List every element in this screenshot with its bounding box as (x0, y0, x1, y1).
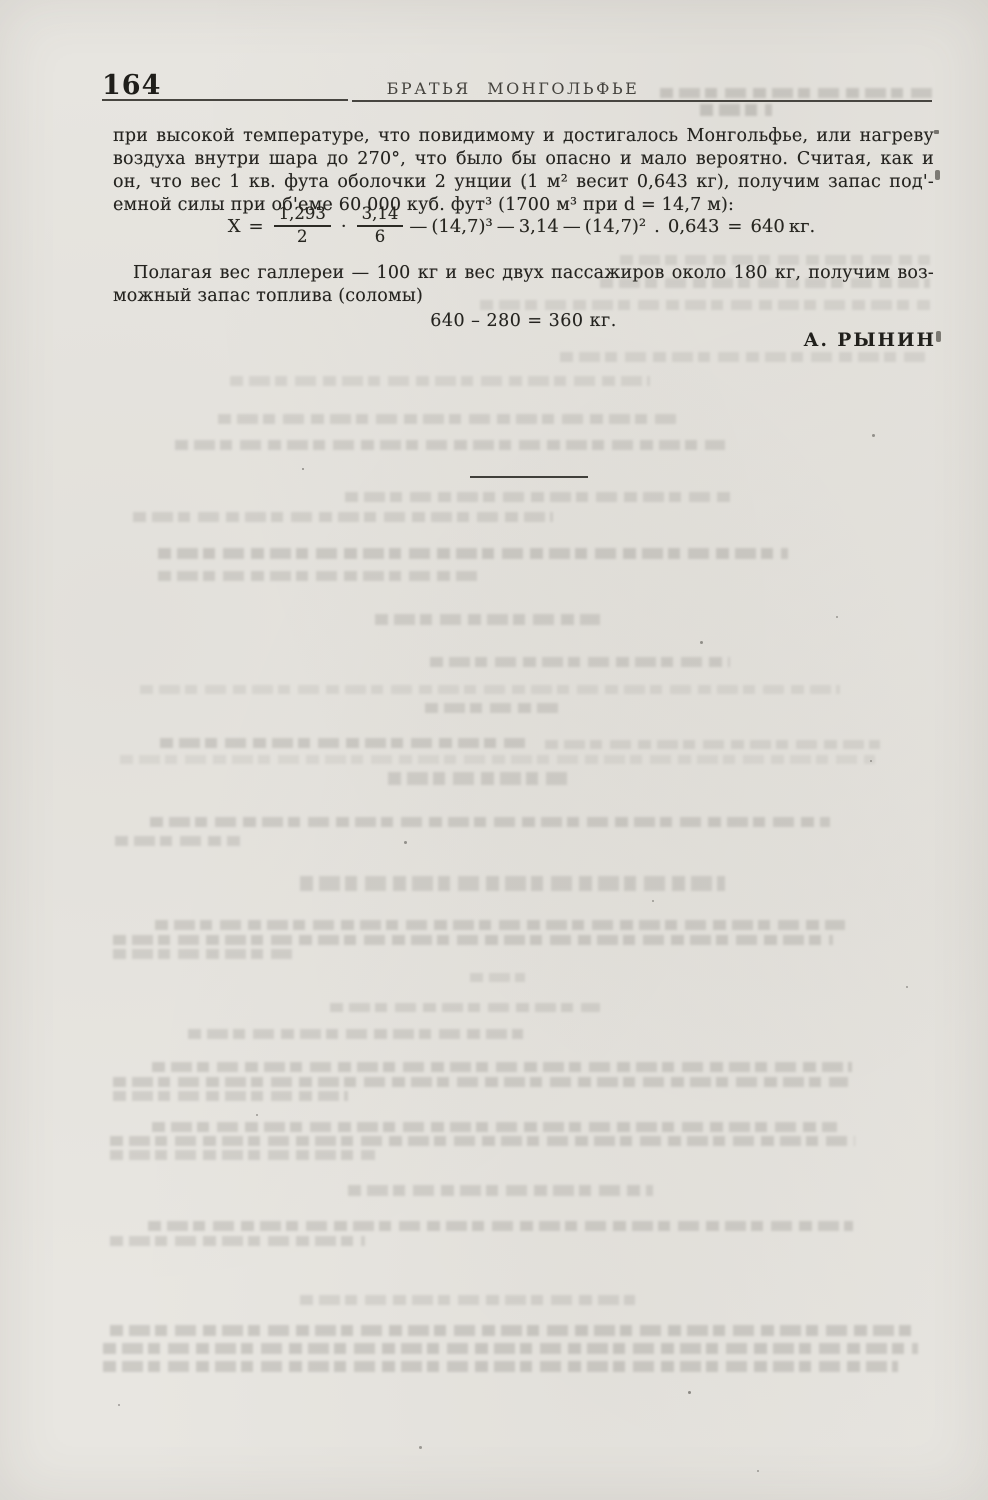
unit-label: кг. (789, 216, 815, 237)
ink-speck (872, 434, 875, 437)
ink-speck (935, 170, 940, 180)
bleedthrough-line (115, 836, 240, 846)
ink-speck (256, 1114, 258, 1116)
bleedthrough-line (175, 440, 725, 450)
minus-sign: — (563, 216, 581, 237)
equals-sign: = (727, 216, 742, 237)
ink-speck (757, 1470, 759, 1472)
ink-speck (688, 1391, 691, 1394)
book-page: 164 БРАТЬЯ МОНГОЛЬФЬЕ при высокой темпер… (0, 0, 988, 1500)
bleedthrough-line (110, 1325, 915, 1336)
bleedthrough-line (330, 1003, 600, 1012)
ink-speck (700, 641, 703, 644)
bleedthrough-line (388, 772, 573, 785)
bleedthrough-line (660, 88, 935, 98)
lift-force-formula: X = 1,293 2 · 3,14 6 — (14,7)³ — 3,14 — … (113, 203, 934, 249)
bleedthrough-line (430, 657, 730, 667)
bleedthrough-line (148, 1221, 853, 1231)
ink-speck (934, 130, 939, 134)
bleedthrough-line (113, 949, 298, 959)
bleedthrough-line (600, 278, 930, 288)
fraction: 3,14 6 (357, 205, 404, 247)
bleedthrough-line (150, 817, 830, 827)
ink-speck (870, 760, 872, 762)
bleedthrough-line (470, 973, 525, 982)
bleedthrough-line (700, 104, 772, 116)
bleedthrough-line (480, 300, 930, 310)
header-rule-left (102, 99, 348, 101)
ink-speck (404, 841, 407, 844)
bleedthrough-line (103, 1361, 898, 1372)
bleedthrough-line (230, 376, 650, 386)
ink-speck (302, 468, 304, 470)
bleedthrough-line (110, 1136, 855, 1146)
equals-sign: = (249, 216, 264, 237)
multiply-dot: . (654, 216, 660, 237)
formula-term: 0,643 (668, 216, 720, 237)
ink-speck (523, 186, 526, 189)
bleedthrough-line (300, 876, 725, 891)
text-line: воздуха внутри шара до 270°, что было бы… (113, 148, 934, 171)
bleedthrough-line (133, 512, 553, 522)
fraction: 1,293 2 (274, 205, 331, 247)
bleedthrough-line (545, 740, 880, 749)
minus-sign: — (409, 216, 427, 237)
fraction-numerator: 3,14 (357, 205, 404, 227)
bleedthrough-line (152, 1062, 852, 1072)
bleedthrough-line (155, 920, 845, 930)
bleedthrough-line (158, 571, 478, 581)
bleedthrough-line (113, 1077, 848, 1087)
section-divider (470, 476, 588, 478)
bleedthrough-line (158, 548, 788, 559)
bleedthrough-line (152, 1122, 837, 1132)
bleedthrough-line (113, 1091, 348, 1101)
fraction-denominator: 6 (375, 227, 386, 247)
bleedthrough-line (375, 614, 600, 625)
ink-speck (652, 900, 654, 902)
formula-term: 3,14 (519, 216, 559, 237)
bleedthrough-line (110, 1236, 365, 1246)
text-line: он, что вес 1 кв. фута оболочки 2 унции … (113, 171, 934, 194)
bleedthrough-line (113, 935, 833, 945)
bleedthrough-line (560, 352, 930, 362)
bleedthrough-line (160, 738, 525, 748)
bleedthrough-line (188, 1029, 523, 1039)
formula-variable: X (228, 216, 241, 237)
fraction-denominator: 2 (297, 227, 308, 247)
bleedthrough-line (345, 492, 730, 502)
formula-result: 640 (751, 216, 785, 237)
ink-speck (836, 616, 838, 618)
bleedthrough-line (120, 755, 875, 764)
multiply-dot: · (341, 216, 347, 237)
fuel-equation: 640 – 280 = 360 кг. (113, 311, 934, 331)
bleedthrough-line (218, 414, 683, 424)
formula-term: (14,7)² (585, 216, 646, 237)
fraction-numerator: 1,293 (274, 205, 331, 227)
ink-speck (906, 986, 908, 988)
header-rule-right (352, 100, 932, 102)
bleedthrough-line (140, 685, 840, 694)
ink-speck (118, 1404, 120, 1406)
bleedthrough-line (348, 1185, 653, 1196)
minus-sign: — (497, 216, 515, 237)
bleedthrough-line (103, 1343, 918, 1354)
bleedthrough-line (110, 1150, 375, 1160)
author-signature: А. РЫНИН (803, 330, 936, 351)
ink-speck (419, 1446, 422, 1449)
formula-term: (14,7)³ (431, 216, 492, 237)
ink-speck (936, 331, 941, 342)
bleedthrough-line (620, 255, 930, 265)
bleedthrough-line (425, 703, 560, 713)
text-line: при высокой температуре, что повидимому … (113, 125, 934, 148)
bleedthrough-line (300, 1295, 635, 1305)
